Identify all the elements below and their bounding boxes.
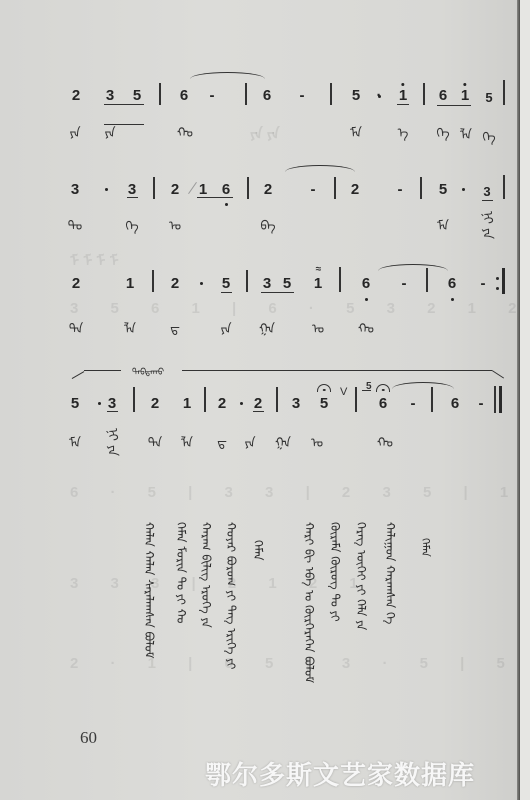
bar-line (204, 387, 206, 412)
augmentation-dot (378, 95, 381, 98)
verse-column: ᠬᠠᠷᠢ ᠪᠢ ᠡᠪᠡ ᠤ ᠬᠦᠷᠬᠡᠷᠡᠭᠡᠨ ᠪᠣᠯᠤᠮ (299, 522, 320, 683)
octave-dot-below (365, 298, 368, 301)
bar-line (334, 177, 336, 199)
verse-column: ᠬᠡᠷᠡᠭ ᠦᠭᠡᠢ ᠶᠢ ᠭᠡᠯᠡ ᠶᠠ (351, 522, 372, 630)
final-bar (499, 386, 502, 413)
octave-dot-above (464, 83, 467, 86)
note: - (311, 181, 316, 199)
note: 6 (379, 395, 387, 413)
score-row-2: 3 3 2 1 6 2 - 2 - 5 3 ᠲᠤ ᠬᠡ ᠣ ᠪᠠ ᠮᠡ ᠨᠢ ᠶ… (0, 175, 517, 265)
augmentation-dot (200, 282, 203, 285)
lyric-syllable: ᠬᠡ (125, 211, 138, 234)
lyric-syllable: ᠶᠠ (220, 314, 231, 337)
beam (482, 200, 493, 201)
note: 2 (171, 181, 179, 199)
bar-line (247, 177, 249, 199)
beam (107, 411, 118, 412)
note: - (402, 275, 407, 293)
octave-dot-below (451, 298, 454, 301)
bar-line (339, 267, 341, 292)
verse-column: ᠬᠠᠯᠠᠨ ᠬᠠᠯᠠᠨ ᠰᠠᠷᠠᠯᠠᠭᠰᠠᠨ ᠪᠣᠯᠤᠮ (139, 522, 160, 658)
augmentation-dot (105, 188, 108, 191)
lyric-syllable: ᠳ (217, 428, 227, 451)
adjacent-page-strip (520, 0, 530, 800)
verse-heading: ᠬᠡᠮᠡᠨ (416, 538, 435, 557)
note: 5 (352, 87, 360, 105)
note: 3 (483, 183, 490, 201)
note: 1 (183, 395, 191, 413)
tie (190, 72, 265, 79)
bracket-line (182, 370, 492, 371)
octave-dot-above (402, 83, 405, 86)
bar-line (133, 387, 135, 412)
beam (261, 292, 294, 293)
note: - (300, 87, 305, 105)
note: 6 (439, 87, 447, 105)
note: 2 (264, 181, 272, 199)
lyric-syllable: ᠤ (312, 314, 324, 337)
bar-line (503, 175, 505, 199)
bar-line (426, 268, 428, 292)
bracket-end (492, 370, 504, 379)
lyric-syllable: ᠯᠡ (181, 428, 193, 451)
verse-column: ᠬᠠᠯᠢᠭᠤᠨ ᠬᠠᠷᠠᠭᠰᠠᠨ ᠬᠡ (380, 522, 401, 624)
lyric-syllable: ᠮᠡ (437, 211, 449, 234)
bar-line (153, 177, 155, 199)
note: - (210, 87, 215, 105)
beam (437, 105, 471, 106)
note: 2 (351, 181, 359, 199)
beam (253, 411, 264, 412)
note: 6 (448, 275, 456, 293)
verse-column: ᠬᠡᠮᠡᠨ ᠮᠣᠷᠢᠨ ᠲᠤ ᠶᠢ ᠬᠣ (171, 522, 192, 623)
page-number: 60 (80, 728, 97, 748)
lyric-syllable: ᠬᠡ (436, 118, 449, 141)
grace-note-stroke (362, 390, 371, 391)
note: 2 (72, 275, 80, 293)
watermark: 鄂尔多斯文艺家数据库 (205, 755, 475, 792)
note: 5 (283, 275, 291, 293)
augmentation-dot (462, 188, 465, 191)
note: 6 (362, 275, 370, 293)
lyric-syllable: ᠶᠡ (104, 118, 115, 141)
verse-column: ᠬᠦᠷᠡᠮᠡ ᠬᠦᠷᠦᠭ ᠲᠤ ᠶᠢ (325, 522, 346, 622)
bar-line (494, 386, 496, 413)
score-row-3: 2 1 2 5 3 5 ≈ 1 6 - 6 - ᠲᠡ ᠯᠡ ᠳ ᠶᠠ ᠭᠠ ᠤ … (0, 270, 517, 360)
lyric-syllable: ᠮᠡ (350, 118, 362, 141)
bar-line (431, 387, 433, 412)
tie (285, 165, 355, 172)
lyric-syllable: ᠳ (170, 314, 180, 337)
lyric-syllable: ᠬᠣ (177, 118, 193, 141)
repeat-dot (496, 287, 499, 290)
note: 5 (71, 395, 79, 413)
lyric-syllable: ᠶᠡ (69, 118, 80, 141)
note: 2 (151, 395, 159, 413)
score-row-4: 5 3 2 1 2 2 3 5 V 5 6 - 6 - ᠮᠡ ᠨᠢ ᠶᠡ ᠲᠡ … (0, 390, 517, 480)
note: 3 (106, 87, 114, 105)
note: 6 (263, 87, 271, 105)
lyric-syllable: ᠲᠡ (148, 428, 162, 451)
bar-line (420, 177, 422, 199)
bar-line (355, 387, 357, 412)
beam (127, 197, 138, 198)
note: 1 (314, 275, 322, 293)
tie (392, 382, 454, 389)
slash-mark (188, 182, 197, 194)
note: 5 (485, 89, 492, 107)
note: 6 (451, 395, 459, 413)
bracket-label: ᠳᠠᠪᠲᠠᠬᠤ (132, 362, 164, 378)
trill-ornament: ≈ (316, 264, 321, 275)
lyric-syllable: ᠨᠢ ᠶᠡ (476, 211, 499, 239)
lyric-syllable: ᠮᠡ (69, 428, 81, 451)
note: 3 (292, 395, 300, 413)
verse-column: ᠬᠣᠶᠠᠷ ᠪᠣᠷᠣᠭ ᠶᠢ ᠲᠡᠭ ᠡᠷᠢᠭᠡ ᠶᠢ (221, 522, 242, 669)
bar-line (245, 83, 247, 105)
note: - (398, 181, 403, 199)
note: 2 (72, 87, 80, 105)
bar-line (159, 83, 161, 105)
bar-line (276, 387, 278, 412)
augmentation-dot (240, 402, 243, 405)
lyric-syllable: ᠣ (169, 211, 181, 234)
fermata-icon (376, 384, 390, 392)
lyric-syllable: ᠭᠠ (275, 428, 291, 451)
note: 2 (218, 395, 226, 413)
verse-heading: ᠬᠡᠮᠡᠨ (248, 540, 269, 561)
note: 1 (126, 275, 134, 293)
lyric-syllable: ᠬᠣ (358, 314, 374, 337)
note: 3 (263, 275, 271, 293)
bar-line (423, 83, 425, 105)
songbook-page: ᠶᠡ ᠶᠡ ᠮ ᠮ ᠮ ᠮ 3 5 6 1 | 6 · 5 3 2 1 2 1 … (0, 0, 517, 800)
note: - (479, 395, 484, 413)
lyric-syllable: ᠬᠣ (377, 428, 393, 451)
note: 1 (461, 87, 469, 105)
note: - (411, 395, 416, 413)
lyric-syllable: ᠭᠡ (482, 122, 495, 145)
repeat-dot (496, 277, 499, 280)
bar-line (246, 270, 248, 292)
note: 5 (222, 275, 230, 293)
lyric-syllable: ᠭᠠ (259, 314, 275, 337)
bracket-line (84, 370, 121, 371)
note: 5 (133, 87, 141, 105)
bar-line (330, 83, 332, 105)
score-row-1: 2 3 5 6 - 6 - 5 · 1 6 1 5 ᠶᠡ ᠶᠡ ᠬᠣ ᠮᠡ ᠡ … (0, 80, 517, 170)
lyric-syllable: ᠲᠤ (68, 211, 82, 234)
lyric-syllable: ᠶᠠ (244, 428, 255, 451)
octave-dot-below (225, 203, 228, 206)
note: 1 (399, 87, 407, 105)
beam (197, 197, 233, 198)
verse-column: ᠬᠠᠷᠠᠭ ᠪᠢᠯᠢᠭ ᠡᠷᠦᠭᠡ ᠶᠠ (196, 522, 217, 628)
lyric-syllable: ᠲᠡ (69, 314, 83, 337)
lyric-syllable: ᠯᠡ (460, 120, 472, 143)
lyric-syllable: ᠯᠡ (124, 314, 136, 337)
note: - (481, 275, 486, 293)
repeat-end-bar (502, 268, 505, 294)
lyric-syllable: ᠨᠢ ᠶᠡ (101, 428, 124, 456)
note: 6 (180, 87, 188, 105)
beam (104, 104, 144, 105)
fermata-icon (317, 384, 331, 392)
lyric-syllable: ᠤ (311, 428, 323, 451)
note: 3 (71, 181, 79, 199)
bar-line (503, 80, 505, 105)
tie (378, 264, 448, 271)
note: 5 (320, 395, 328, 413)
beam (221, 292, 232, 293)
bar-line (152, 270, 154, 292)
lyric-syllable: ᠪᠠ (260, 211, 275, 234)
lyric-syllable: ᠡ (398, 118, 409, 141)
note: 5 (439, 181, 447, 199)
breath-mark: V (340, 386, 347, 398)
bleed-through-text: 6 · 5 | 3 3 | 2 3 5 | 1 2 1 6 (70, 484, 530, 501)
beam (397, 104, 409, 105)
augmentation-dot (98, 402, 101, 405)
bracket-start (72, 371, 85, 379)
note: 2 (171, 275, 179, 293)
